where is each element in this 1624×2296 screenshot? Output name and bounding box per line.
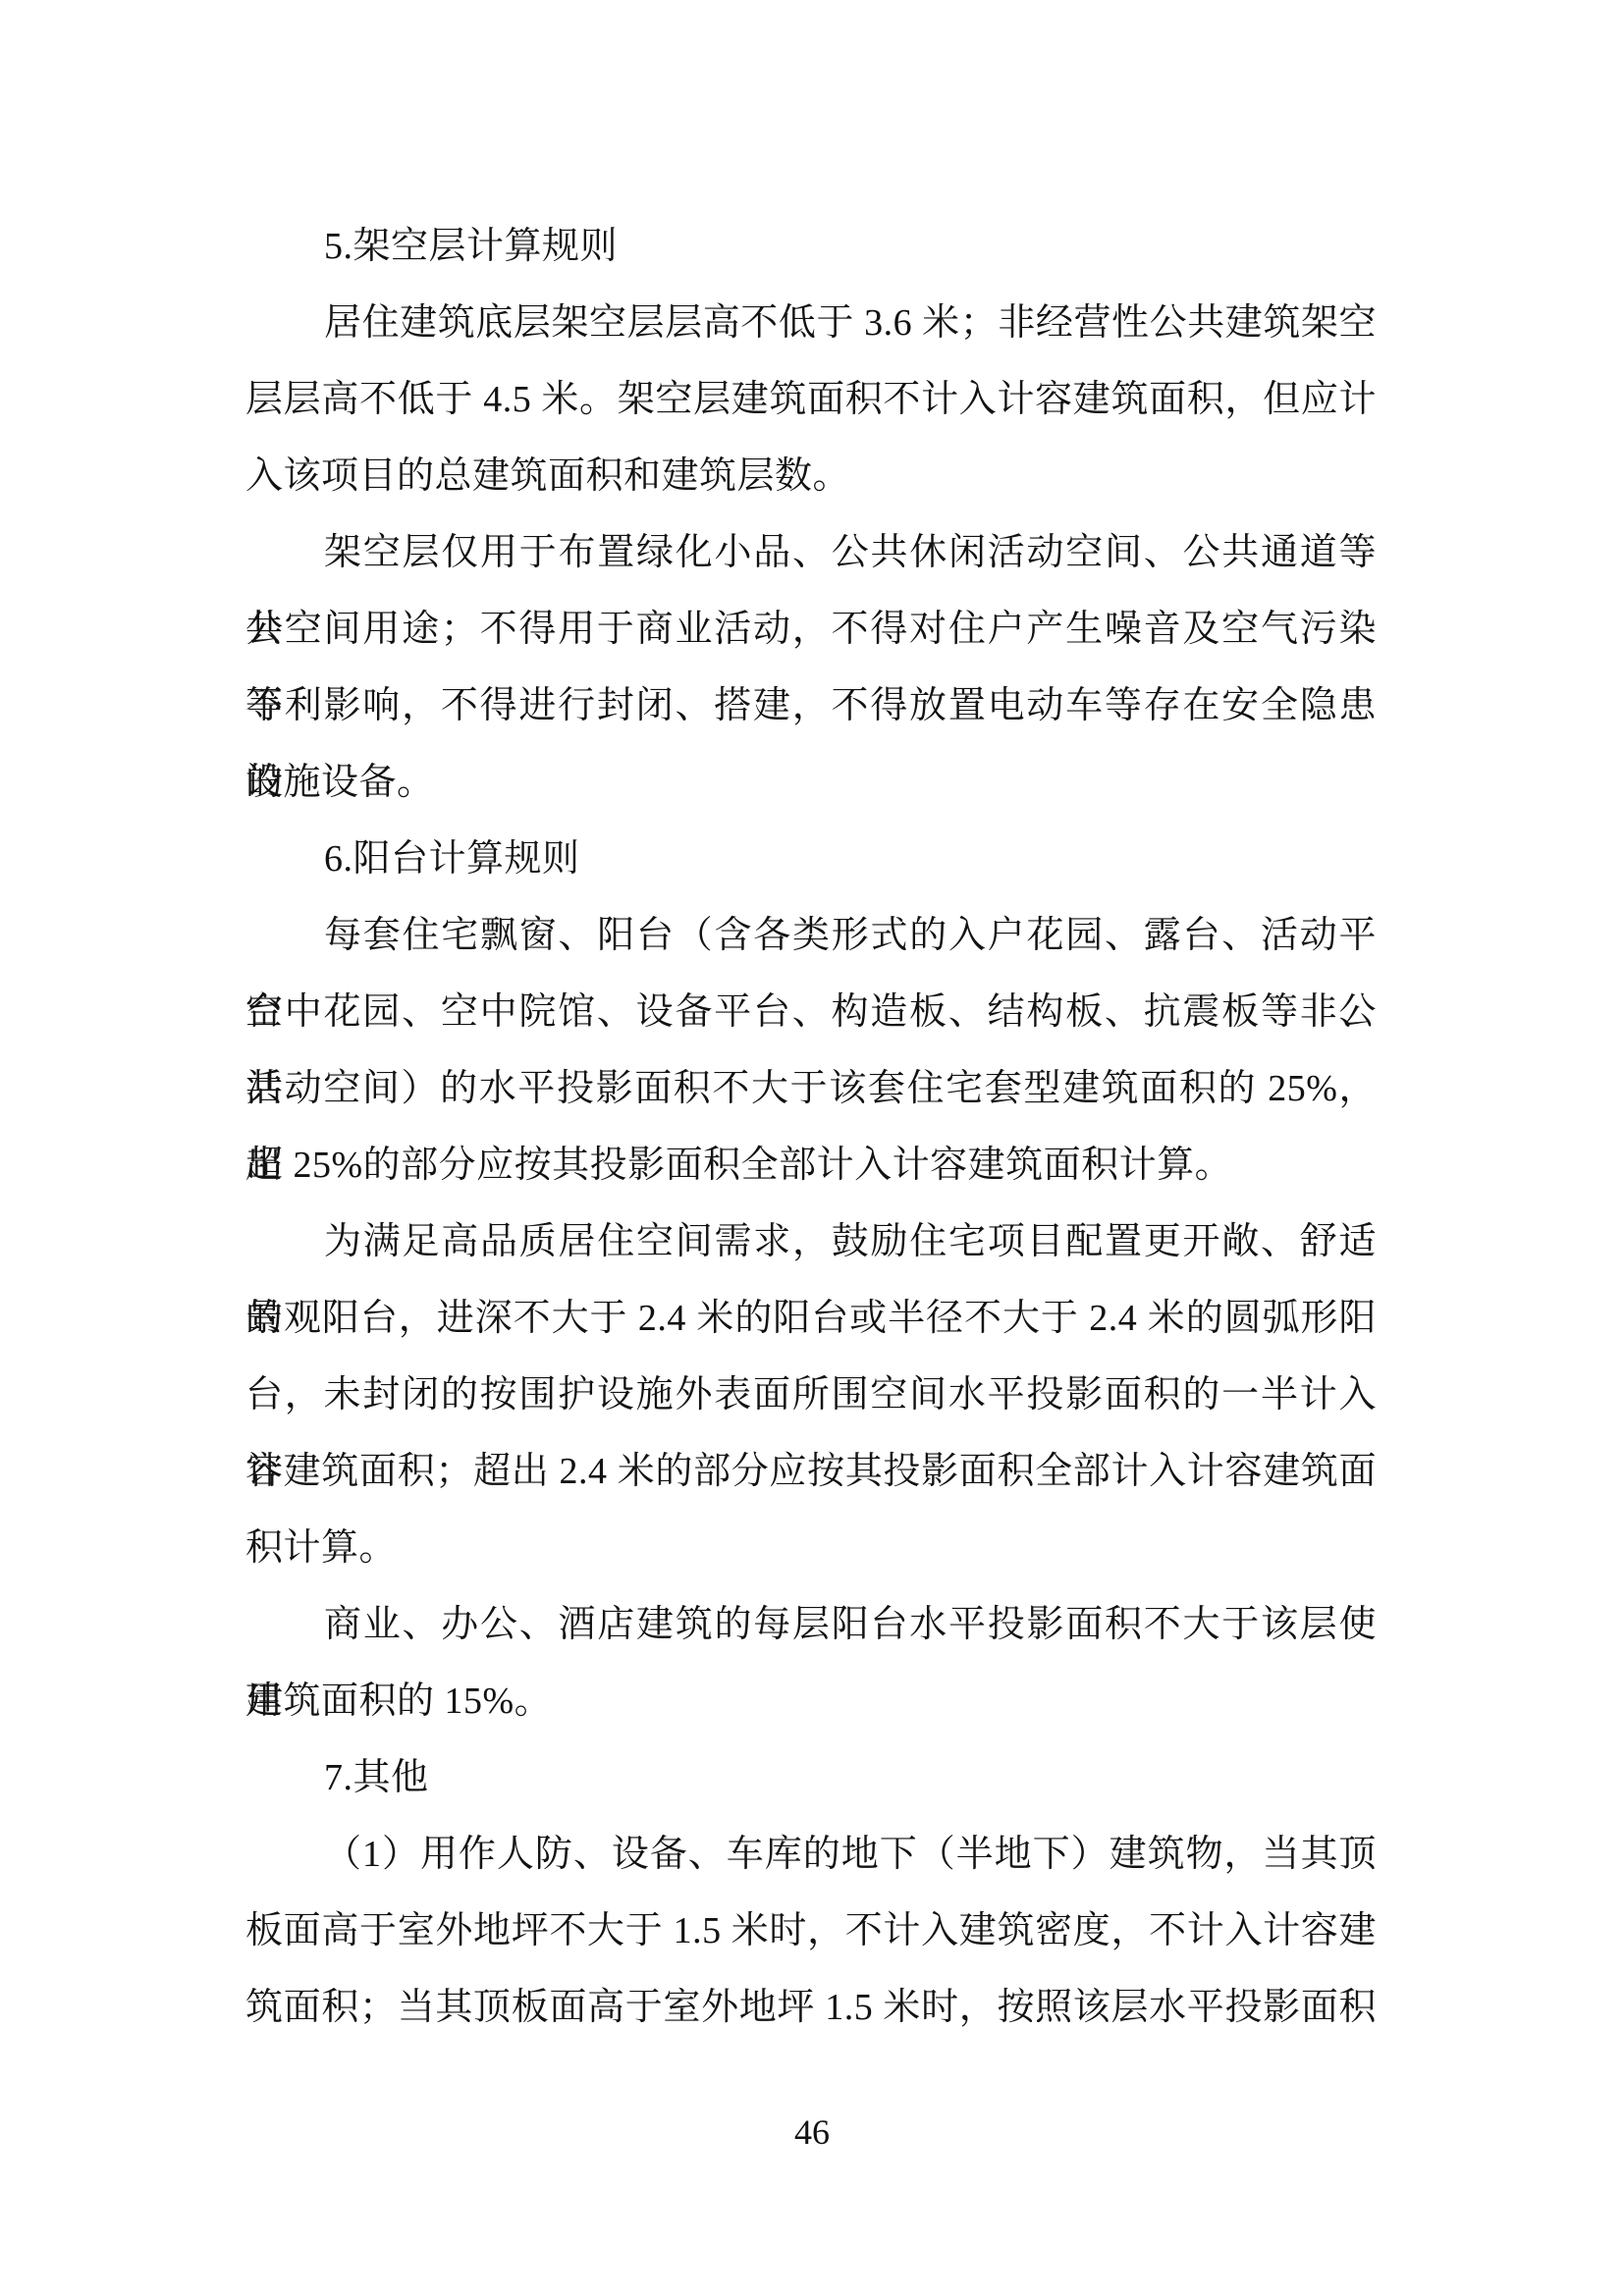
text-line: 活动空间）的水平投影面积不大于该套住宅套型建筑面积的 25%，超 xyxy=(245,1050,1377,1127)
text-line: 为满足高品质居住空间需求，鼓励住宅项目配置更开敞、舒适的 xyxy=(245,1203,1377,1280)
section-6-heading: 6.阳台计算规则 xyxy=(245,821,1377,897)
text-line: 居住建筑底层架空层层高不低于 3.6 米；非经营性公共建筑架空 xyxy=(245,285,1377,361)
text-line: 建筑面积的 15%。 xyxy=(245,1663,1377,1739)
text-line: （1）用作人防、设备、车库的地下（半地下）建筑物，当其顶 xyxy=(245,1816,1377,1893)
text-line: 筑面积；当其顶板面高于室外地坪 1.5 米时，按照该层水平投影面积 xyxy=(245,1969,1377,2046)
text-line: 积计算。 xyxy=(245,1510,1377,1586)
text-line: 不利影响，不得进行封闭、搭建，不得放置电动车等存在安全隐患的 xyxy=(245,667,1377,744)
page-number: 46 xyxy=(0,2103,1624,2162)
text-line: 每套住宅飘窗、阳台（含各类形式的入户花园、露台、活动平台、 xyxy=(245,897,1377,974)
text-line: 台，未封闭的按围护设施外表面所围空间水平投影面积的一半计入计 xyxy=(245,1357,1377,1433)
text-line: 容建筑面积；超出 2.4 米的部分应按其投影面积全部计入计容建筑面 xyxy=(245,1433,1377,1510)
section-7-heading: 7.其他 xyxy=(245,1739,1377,1816)
text-line: 共空间用途；不得用于商业活动，不得对住户产生噪音及空气污染等 xyxy=(245,591,1377,667)
text-line: 出 25%的部分应按其投影面积全部计入计容建筑面积计算。 xyxy=(245,1127,1377,1203)
text-line: 板面高于室外地坪不大于 1.5 米时，不计入建筑密度，不计入计容建 xyxy=(245,1893,1377,1969)
text-line: 入该项目的总建筑面积和建筑层数。 xyxy=(245,438,1377,514)
text-line: 景观阳台，进深不大于 2.4 米的阳台或半径不大于 2.4 米的圆弧形阳 xyxy=(245,1280,1377,1357)
document-page: 5.架空层计算规则 居住建筑底层架空层层高不低于 3.6 米；非经营性公共建筑架… xyxy=(0,0,1624,2296)
text-line: 层层高不低于 4.5 米。架空层建筑面积不计入计容建筑面积，但应计 xyxy=(245,361,1377,438)
text-line: 商业、办公、酒店建筑的每层阳台水平投影面积不大于该层使用 xyxy=(245,1586,1377,1663)
section-5-heading: 5.架空层计算规则 xyxy=(245,208,1377,285)
document-text-block: 5.架空层计算规则 居住建筑底层架空层层高不低于 3.6 米；非经营性公共建筑架… xyxy=(245,208,1377,2046)
text-line: 空中花园、空中院馆、设备平台、构造板、结构板、抗震板等非公共 xyxy=(245,974,1377,1050)
text-line: 设施设备。 xyxy=(245,744,1377,821)
text-line: 架空层仅用于布置绿化小品、公共休闲活动空间、公共通道等公 xyxy=(245,514,1377,591)
